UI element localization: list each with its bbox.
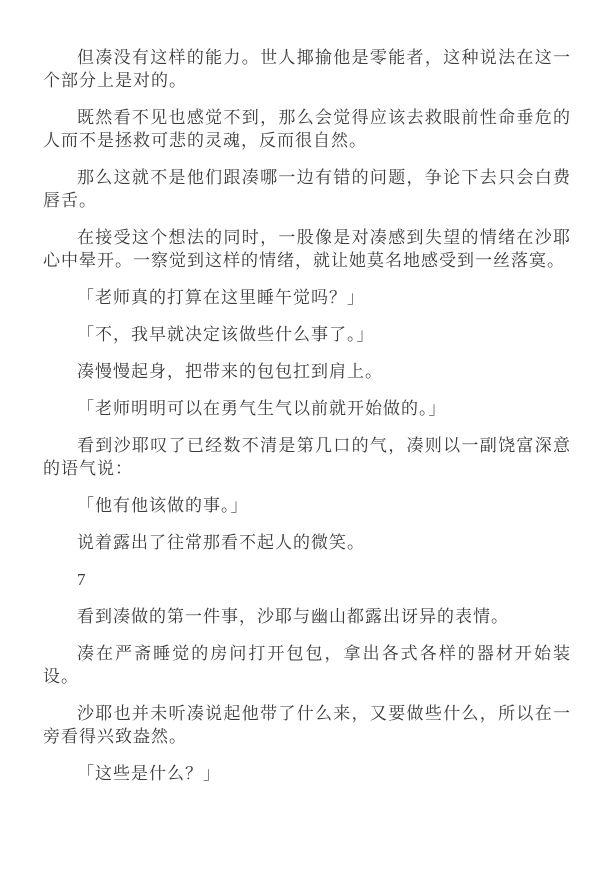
narration-paragraph: 看到凑做的第一件事，沙耶与幽山都露出讶异的表情。	[43, 605, 571, 628]
novel-text-page: 但凑没有这样的能力。世人揶揄他是零能者，这种说法在这一个部分上是对的。 既然看不…	[0, 0, 613, 869]
narration-paragraph: 说着露出了往常那看不起人的微笑。	[43, 531, 571, 554]
dialogue-paragraph: 「他有他该做的事。」	[43, 494, 571, 517]
dialogue-paragraph: 「老师明明可以在勇气生气以前就开始做的。」	[43, 397, 571, 420]
section-number: 7	[43, 568, 571, 591]
dialogue-paragraph: 「老师真的打算在这里睡午觉吗？」	[43, 286, 571, 309]
narration-paragraph: 那么这就不是他们跟凑哪一边有错的问题，争论下去只会白费唇舌。	[43, 166, 571, 212]
narration-paragraph: 但凑没有这样的能力。世人揶揄他是零能者，这种说法在这一个部分上是对的。	[43, 46, 571, 92]
narration-paragraph: 看到沙耶叹了已经数不清是第几口的气，凑则以一副饶富深意的语气说：	[43, 434, 571, 480]
narration-paragraph: 凑在严斋睡觉的房问打开包包，拿出各式各样的器材开始装设。	[43, 642, 571, 688]
dialogue-paragraph: 「这些是什么？」	[43, 762, 571, 785]
narration-paragraph: 在接受这个想法的同时，一股像是对凑感到失望的情绪在沙耶心中晕开。一察觉到这样的情…	[43, 226, 571, 272]
dialogue-paragraph: 「不，我早就决定该做些什么事了。」	[43, 323, 571, 346]
narration-paragraph: 沙耶也并未听凑说起他带了什么来，又要做些什么，所以在一旁看得兴致盎然。	[43, 702, 571, 748]
narration-paragraph: 既然看不见也感觉不到，那么会觉得应该去救眼前性命垂危的人而不是拯救可悲的灵魂，反…	[43, 106, 571, 152]
narration-paragraph: 凑慢慢起身，把带来的包包扛到肩上。	[43, 360, 571, 383]
